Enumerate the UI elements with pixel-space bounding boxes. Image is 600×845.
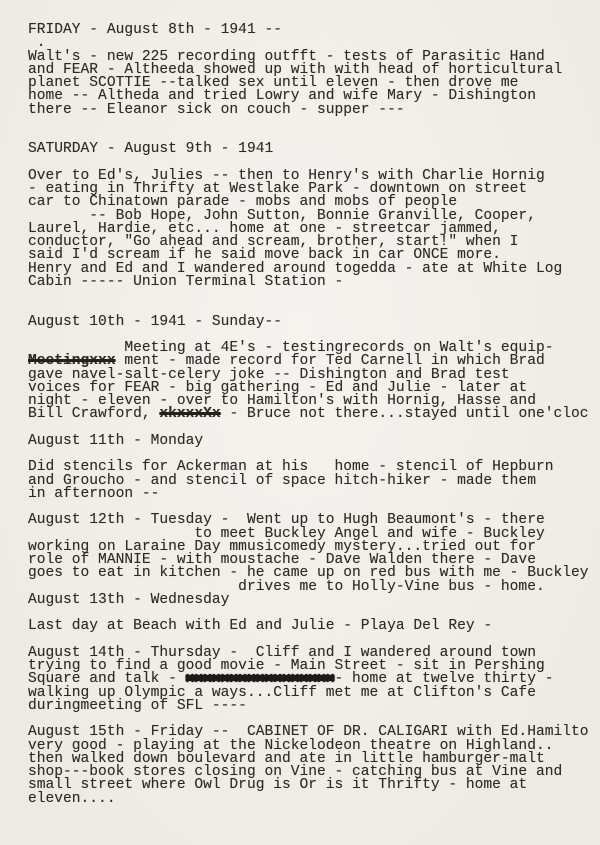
text-segment: duringmeeting of SFL ---- <box>28 698 247 714</box>
text-segment: in afternoon -- <box>28 486 159 502</box>
text-segment: August 10th - 1941 - Sunday-- <box>28 314 282 330</box>
text-segment: eleven.... <box>28 791 116 807</box>
document-body: FRIDAY - August 8th - 1941 -- .Walt's - … <box>28 24 600 806</box>
text-segment: - Bruce not there...stayed until one'clo… <box>221 406 589 422</box>
document-page: FRIDAY - August 8th - 1941 -- .Walt's - … <box>0 0 600 845</box>
text-line <box>28 289 600 302</box>
text-line: Last day at Beach with Ed and Julie - Pl… <box>28 620 600 633</box>
text-segment: Cabin ----- Union Terminal Station - <box>28 274 343 290</box>
text-segment: Bill Crawford, <box>28 406 159 422</box>
text-line <box>28 117 600 130</box>
text-line: duringmeeting of SFL ---- <box>28 700 600 713</box>
text-line: there -- Eleanor sick on couch - supper … <box>28 104 600 117</box>
text-line: in afternoon -- <box>28 488 600 501</box>
text-line: FRIDAY - August 8th - 1941 -- <box>28 24 600 37</box>
text-line: Bill Crawford, xkxxxXx - Bruce not there… <box>28 408 600 421</box>
text-line: SATURDAY - August 9th - 1941 <box>28 143 600 156</box>
text-segment: August 13th - Wednesday <box>28 592 229 608</box>
text-line: Cabin ----- Union Terminal Station - <box>28 276 600 289</box>
text-segment: FRIDAY - August 8th - 1941 -- <box>28 22 282 38</box>
text-segment: August 11th - Monday <box>28 433 203 449</box>
text-line: eleven.... <box>28 793 600 806</box>
struck-out-text: xkxxxXx <box>159 406 220 422</box>
text-line: August 13th - Wednesday <box>28 594 600 607</box>
text-line: August 11th - Monday <box>28 435 600 448</box>
text-line: August 10th - 1941 - Sunday-- <box>28 316 600 329</box>
text-segment: SATURDAY - August 9th - 1941 <box>28 141 273 157</box>
text-segment: Last day at Beach with Ed and Julie - Pl… <box>28 618 492 634</box>
text-segment: there -- Eleanor sick on couch - supper … <box>28 102 405 118</box>
